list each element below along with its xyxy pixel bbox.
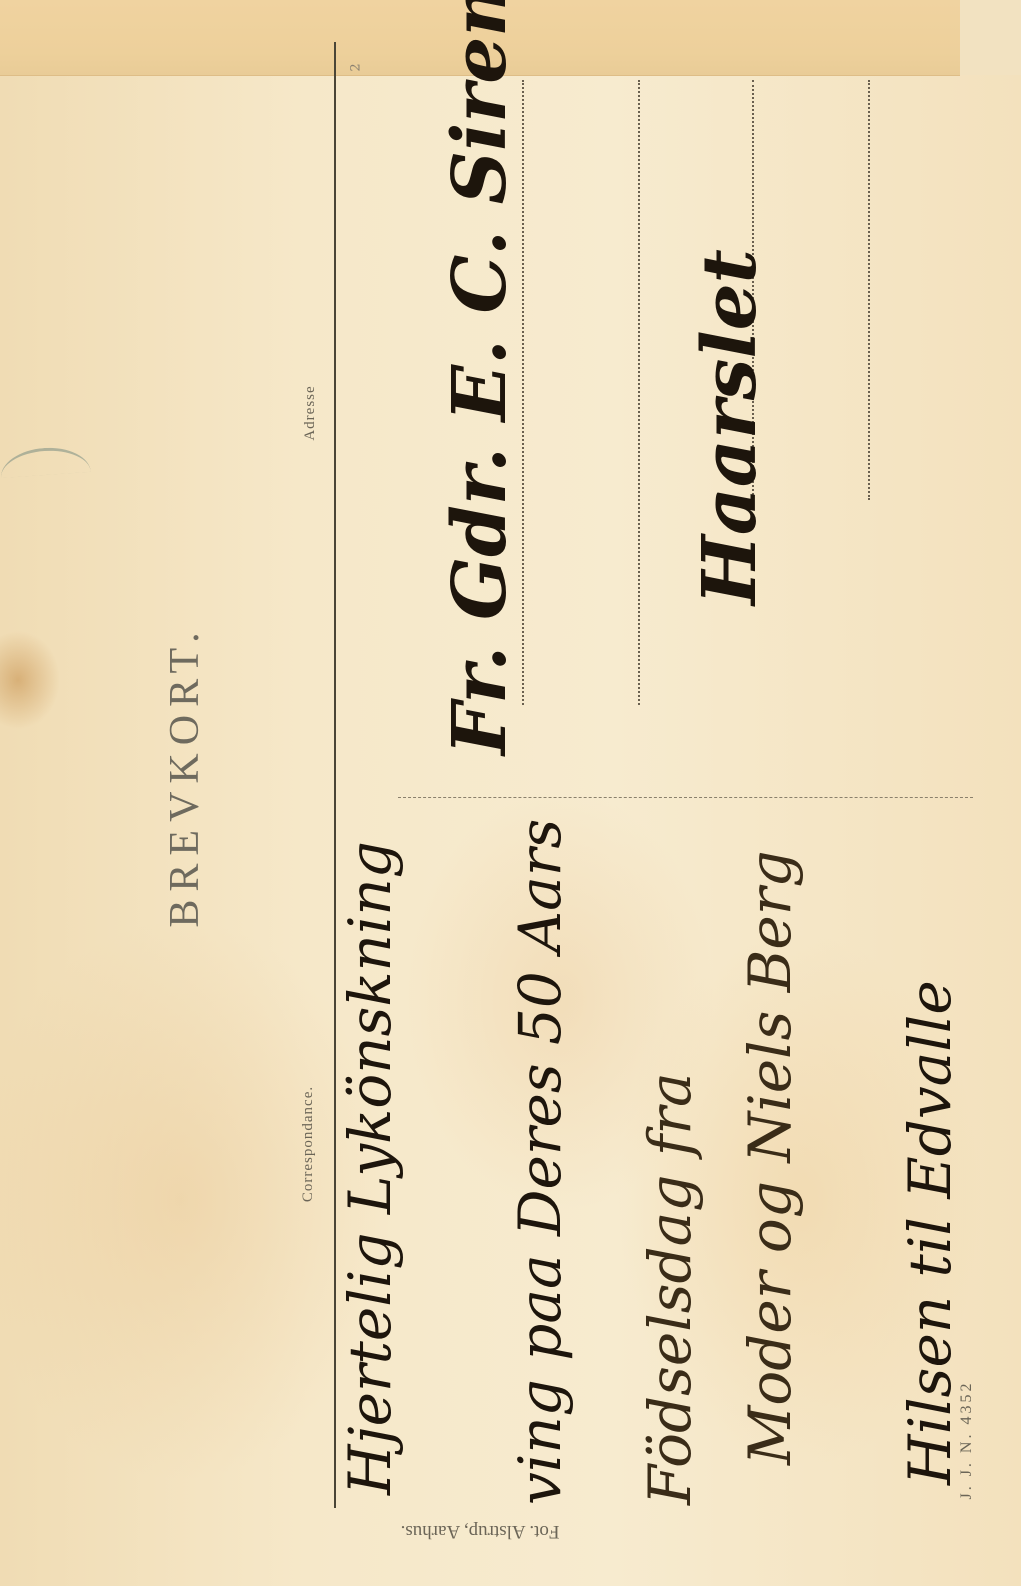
pencil-mark: 2 — [349, 63, 364, 71]
address-line-town: Haarslet — [685, 105, 775, 605]
paper-crease — [0, 445, 91, 478]
message-line-2: ving paa Deres 50 Aars — [505, 785, 575, 1505]
paper-edge — [960, 0, 1021, 75]
message-line-1: Hjertelig Lykönskning — [335, 775, 405, 1495]
correspondence-label: Correspondance. — [297, 1054, 319, 1234]
address-line-name: Fr. Gdr. E. C. Sirensen — [435, 0, 525, 755]
address-line-4 — [868, 80, 870, 500]
message-line-4: Moder og Niels Berg — [735, 785, 805, 1465]
address-line-2 — [638, 80, 640, 705]
message-line-3: Födselsdag fra — [635, 885, 705, 1505]
postcard-back: BREVKORT. Correspondance. Adresse Fot. A… — [0, 0, 1021, 1586]
photographer-credit: Fot. Alstrup, Aarhus. — [340, 1516, 620, 1546]
address-label: Adresse — [299, 373, 321, 453]
message-line-5: Hilsen til Edvalle — [895, 785, 965, 1485]
card-title: BREVKORT. — [159, 611, 211, 941]
section-divider — [398, 797, 973, 798]
